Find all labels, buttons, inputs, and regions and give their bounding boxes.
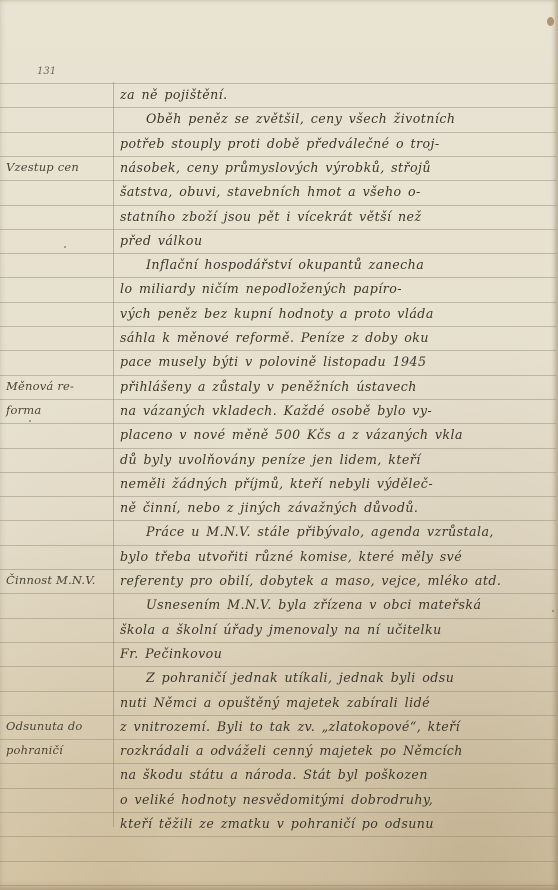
document-page: 131 Vzestup cenMěnová re-formaČinnost M.… <box>0 0 558 890</box>
margin-note: Činnost M.N.V. <box>6 573 110 587</box>
text-line: ně činní, nebo z jiných závažných důvodů… <box>120 497 548 519</box>
paper-speck <box>552 610 554 612</box>
text-line: za ně pojištění. <box>120 84 548 106</box>
text-line: Práce u M.N.V. stále přibývalo, agenda v… <box>120 521 548 543</box>
text-line: vých peněz bez kupní hodnoty a proto vlá… <box>120 303 548 325</box>
text-line: pace musely býti v polovině listopadu 19… <box>120 351 548 373</box>
text-line: rozkrádali a odváželi cenný majetek po N… <box>120 740 548 762</box>
margin-note: Měnová re- <box>6 379 110 393</box>
text-line: z vnitrozemí. Byli to tak zv. „zlatokopo… <box>120 716 548 738</box>
rule-line <box>0 836 556 837</box>
margin-note: Odsunuta do <box>6 719 110 733</box>
text-line: škola a školní úřady jmenovaly na ní uči… <box>120 619 548 641</box>
page-number: 131 <box>37 66 56 77</box>
text-line: potřeb stouply proti době předválečné o … <box>120 133 548 155</box>
text-line: neměli žádných příjmů, kteří nebyli výdě… <box>120 473 548 495</box>
text-line: šatstva, obuvi, stavebních hmot a všeho … <box>120 181 548 203</box>
text-line: referenty pro obilí, dobytek a maso, vej… <box>120 570 548 592</box>
margin-note: pohraničí <box>6 743 110 757</box>
text-line: dů byly uvolňovány peníze jen lidem, kte… <box>120 449 548 471</box>
margin-note: forma <box>6 403 110 417</box>
text-line: statního zboží jsou pět i vícekrát větší… <box>120 206 548 228</box>
text-line: bylo třeba utvořiti různé komise, které … <box>120 546 548 568</box>
rule-line <box>0 885 556 886</box>
paper-speck <box>64 246 66 248</box>
text-line: Oběh peněz se zvětšil, ceny všech životn… <box>120 108 548 130</box>
text-line: placeno v nové měně 500 Kčs a z vázaných… <box>120 424 548 446</box>
text-line: Usnesením M.N.V. byla zřízena v obci mat… <box>120 594 548 616</box>
rule-line <box>0 861 556 862</box>
text-line: kteří těžili ze zmatku v pohraničí po od… <box>120 813 548 835</box>
text-line: sáhla k měnové reformě. Peníze z doby ok… <box>120 327 548 349</box>
margin-note: Vzestup cen <box>6 160 110 174</box>
text-line: Inflační hospodářství okupantů zanecha <box>120 254 548 276</box>
text-line: přihlášeny a zůstaly v peněžních ústavec… <box>120 376 548 398</box>
text-line: před válkou <box>120 230 548 252</box>
text-line: na škodu státu a národa. Stát byl poškoz… <box>120 764 548 786</box>
text-line: násobek, ceny průmyslových výrobků, střo… <box>120 157 548 179</box>
text-line: nuti Němci a opuštěný majetek zabírali l… <box>120 692 548 714</box>
text-line: na vázaných vkladech. Každé osobě bylo v… <box>120 400 548 422</box>
text-line: o veliké hodnoty nesvědomitými dobrodruh… <box>120 789 548 811</box>
text-line: Z pohraničí jednak utíkali, jednak byli … <box>120 667 548 689</box>
text-line: Fr. Pečinkovou <box>120 643 548 665</box>
ink-stain <box>547 17 554 26</box>
paper-speck <box>29 420 31 422</box>
text-line: lo miliardy ničím nepodložených papíro- <box>120 278 548 300</box>
